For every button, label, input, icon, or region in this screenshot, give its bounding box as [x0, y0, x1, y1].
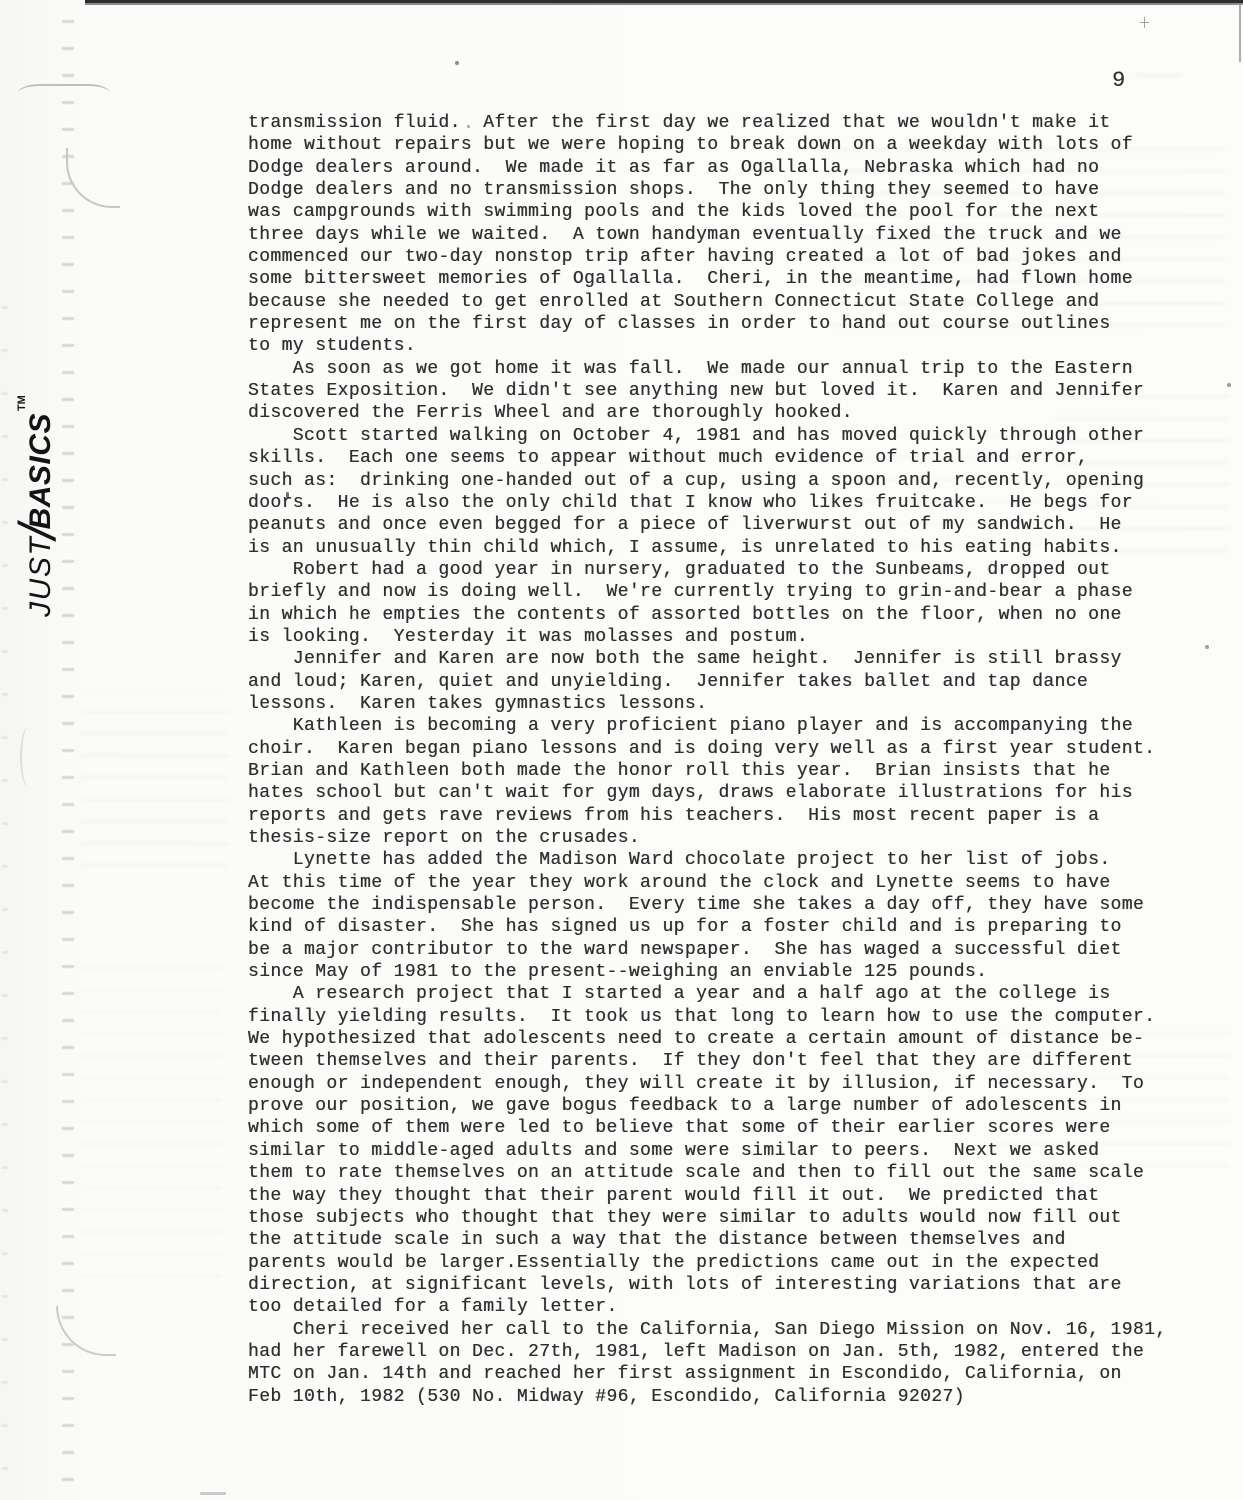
registration-cross-mark	[1140, 17, 1149, 28]
scan-speck	[455, 61, 459, 65]
page-number: 9	[1112, 68, 1125, 93]
scan-speck	[200, 1492, 226, 1495]
text-line: kind of disaster. She has signed us up f…	[248, 916, 1188, 938]
text-line: lessons. Karen takes gymnastics lessons.	[248, 693, 1188, 715]
text-line: become the indispensable person. Every t…	[248, 894, 1188, 916]
letter-body: transmission fluid. After the first day …	[248, 112, 1188, 1408]
text-line: transmission fluid. After the first day …	[248, 112, 1188, 134]
text-line: in which he empties the contents of asso…	[248, 604, 1188, 626]
text-line: similar to middle-aged adults and some w…	[248, 1140, 1188, 1162]
text-line: had her farewell on Dec. 27th, 1981, lef…	[248, 1341, 1188, 1363]
justbasics-logo: JUST/BASICSTM	[15, 395, 67, 617]
text-line: the attitude scale in such a way that th…	[248, 1229, 1188, 1251]
text-line: Jennifer and Karen are now both the same…	[248, 648, 1188, 670]
scan-speck	[1227, 383, 1231, 387]
text-line: commenced our two-day nonstop trip after…	[248, 246, 1188, 268]
text-line: prove our position, we gave bogus feedba…	[248, 1095, 1188, 1117]
bleed-through-smudge	[1136, 62, 1182, 90]
text-line: was campgrounds with swimming pools and …	[248, 201, 1188, 223]
text-line: to my students.	[248, 335, 1188, 357]
logo-slash: /	[12, 524, 64, 538]
scanner-edge-line	[1239, 4, 1241, 62]
text-line: Dodge dealers around. We made it as far …	[248, 157, 1188, 179]
text-line: doors. He is also the only child that I …	[248, 492, 1188, 514]
text-line: briefly and now is doing well. We're cur…	[248, 581, 1188, 603]
text-line: them to rate themselves on an attitude s…	[248, 1162, 1188, 1184]
text-line: Lynette has added the Madison Ward choco…	[248, 849, 1188, 871]
text-line: finally yielding results. It took us tha…	[248, 1006, 1188, 1028]
text-line: tween themselves and their parents. If t…	[248, 1050, 1188, 1072]
text-line: A research project that I started a year…	[248, 983, 1188, 1005]
perforation-marks-faint	[2, 280, 8, 1500]
text-line: three days while we waited. A town handy…	[248, 224, 1188, 246]
text-line: is an unusually thin child which, I assu…	[248, 537, 1188, 559]
perforation-marks	[62, 0, 74, 1500]
text-line: since May of 1981 to the present--weighi…	[248, 961, 1188, 983]
text-line: MTC on Jan. 14th and reached her first a…	[248, 1363, 1188, 1385]
text-line: is looking. Yesterday it was molasses an…	[248, 626, 1188, 648]
bleed-through-smudge	[80, 690, 230, 880]
text-line: the way they thought that their parent w…	[248, 1185, 1188, 1207]
text-line: home without repairs but we were hoping …	[248, 134, 1188, 156]
text-line: At this time of the year they work aroun…	[248, 872, 1188, 894]
text-line: Feb 10th, 1982 (530 No. Midway #96, Esco…	[248, 1386, 1188, 1408]
scan-curl-mark	[20, 726, 38, 788]
text-line: parents would be larger.Essentially the …	[248, 1252, 1188, 1274]
text-line: enough or independent enough, they will …	[248, 1073, 1188, 1095]
text-line: represent me on the first day of classes…	[248, 313, 1188, 335]
text-line: hates school but can't wait for gym days…	[248, 782, 1188, 804]
scanner-edge-bar	[85, 0, 1243, 6]
logo-trademark: TM	[16, 395, 28, 411]
text-line: discovered the Ferris Wheel and are thor…	[248, 402, 1188, 424]
text-line: and loud; Karen, quiet and unyielding. J…	[248, 671, 1188, 693]
text-line: Cheri received her call to the Californi…	[248, 1319, 1188, 1341]
text-line: Scott started walking on October 4, 1981…	[248, 425, 1188, 447]
scan-curl-mark	[66, 148, 120, 208]
text-line: be a major contributor to the ward newsp…	[248, 939, 1188, 961]
scan-curl-mark	[18, 84, 110, 102]
text-line: which some of them were led to believe t…	[248, 1117, 1188, 1139]
text-line: those subjects who thought that they wer…	[248, 1207, 1188, 1229]
text-line: reports and gets rave reviews from his t…	[248, 805, 1188, 827]
text-line: direction, at significant levels, with l…	[248, 1274, 1188, 1296]
text-line: peanuts and once even begged for a piece…	[248, 514, 1188, 536]
text-line: Dodge dealers and no transmission shops.…	[248, 179, 1188, 201]
bleed-through-smudge	[82, 960, 222, 1290]
text-line: thesis-size report on the crusades.	[248, 827, 1188, 849]
text-line: because she needed to get enrolled at So…	[248, 291, 1188, 313]
text-line: As soon as we got home it was fall. We m…	[248, 358, 1188, 380]
text-line: Brian and Kathleen both made the honor r…	[248, 760, 1188, 782]
text-line: Kathleen is becoming a very proficient p…	[248, 715, 1188, 737]
text-line: Robert had a good year in nursery, gradu…	[248, 559, 1188, 581]
scan-speck	[1205, 645, 1209, 649]
text-line: too detailed for a family letter.	[248, 1296, 1188, 1318]
text-line: We hypothesized that adolescents need to…	[248, 1028, 1188, 1050]
scanned-page: JUST/BASICSTM 9 transmission fluid. Afte…	[0, 0, 1243, 1500]
logo-just-text: JUST	[24, 536, 58, 617]
text-line: States Exposition. We didn't see anythin…	[248, 380, 1188, 402]
text-line: skills. Each one seems to appear without…	[248, 447, 1188, 469]
logo-basics-text: BASICS	[24, 413, 58, 529]
text-line: choir. Karen began piano lessons and is …	[248, 738, 1188, 760]
text-line: some bittersweet memories of Ogallalla. …	[248, 268, 1188, 290]
text-line: such as: drinking one-handed out of a cu…	[248, 470, 1188, 492]
